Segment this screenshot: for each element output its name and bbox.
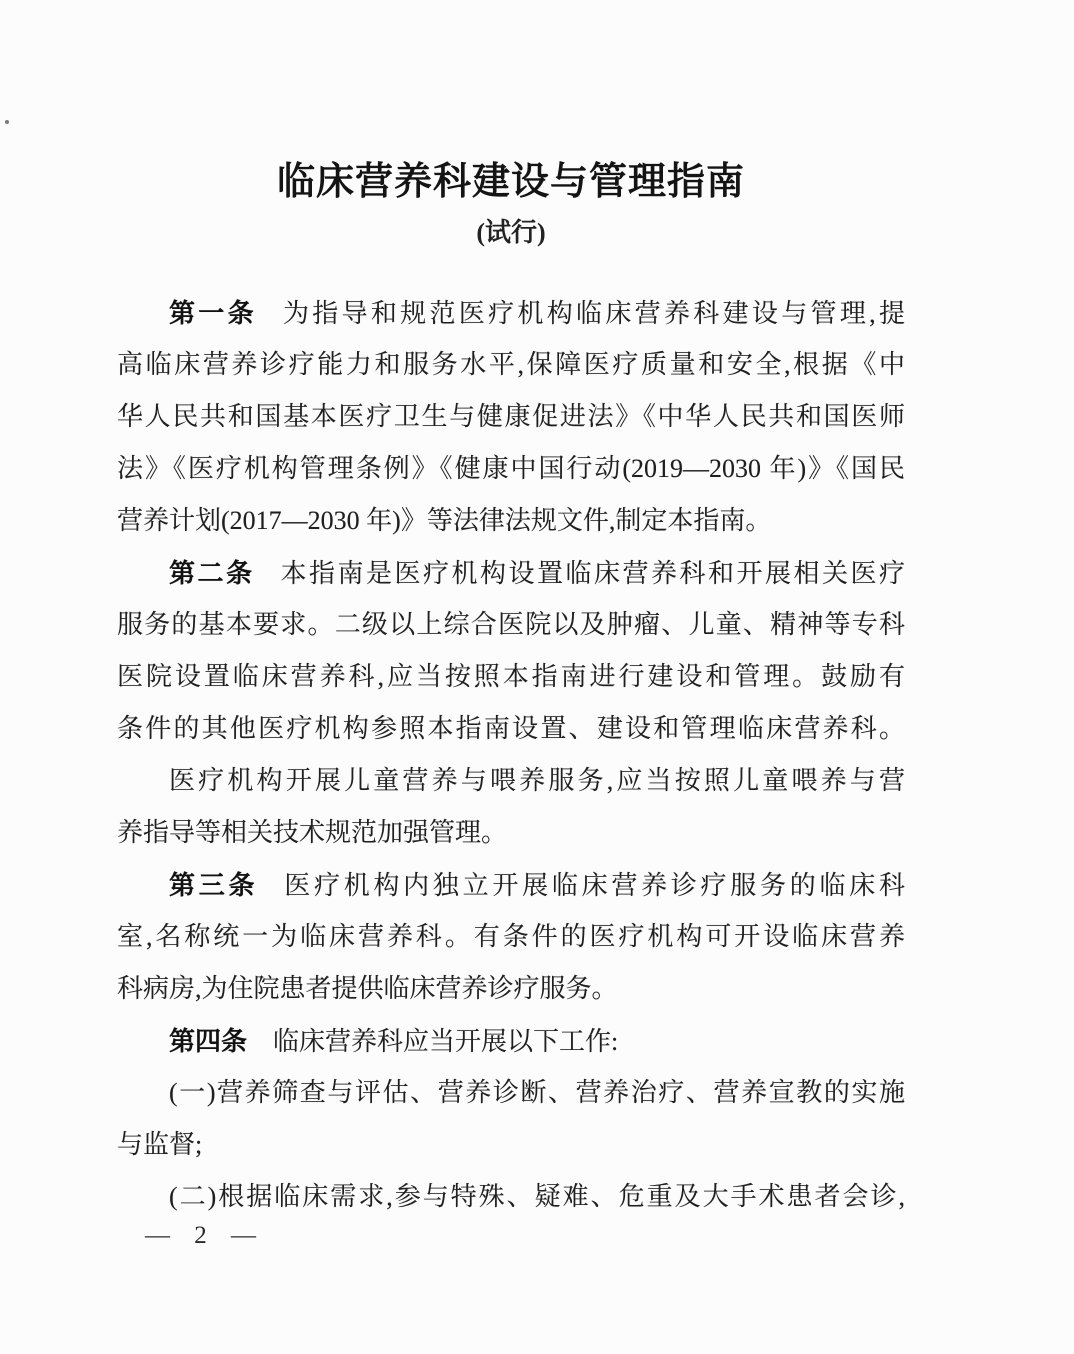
body-line: 条件的其他医疗机构参照本指南设置、建设和管理临床营养科。 [117,703,905,755]
document-title: 临床营养科建设与管理指南 [117,150,905,205]
document-subtitle: (试行) [117,212,905,249]
scan-artifact-dot [5,120,9,124]
document-body: 第一条为指导和规范医疗机构临床营养科建设与管理,提 高临床营养诊疗能力和服务水平… [117,287,905,1223]
body-line: 法》《医疗机构管理条例》《健康中国行动(2019—2030 年)》《国民 [117,443,905,495]
line-text: 营养计划(2017—2030 年)》等法律法规文件,制定本指南。 [117,506,771,535]
line-text: 为指导和规范医疗机构临床营养科建设与管理,提 [283,299,905,328]
article-label: 第三条 [169,870,258,900]
line-text: 医疗机构开展儿童营养与喂养服务,应当按照儿童喂养与营 [169,766,905,795]
body-line: (一)营养筛查与评估、营养诊断、营养治疗、营养宣教的实施 [117,1067,905,1119]
body-line: 医院设置临床营养科,应当按照本指南进行建设和管理。鼓励有 [117,651,905,703]
body-line: 服务的基本要求。二级以上综合医院以及肿瘤、儿童、精神等专科 [117,599,905,651]
line-text: 医院设置临床营养科,应当按照本指南进行建设和管理。鼓励有 [117,662,905,691]
body-line: 第四条临床营养科应当开展以下工作: [117,1015,905,1067]
line-text: 高临床营养诊疗能力和服务水平,保障医疗质量和安全,根据《中 [117,350,905,379]
body-line: 养指导等相关技术规范加强管理。 [117,807,905,859]
body-line: 高临床营养诊疗能力和服务水平,保障医疗质量和安全,根据《中 [117,339,905,391]
body-line: 科病房,为住院患者提供临床营养诊疗服务。 [117,963,905,1015]
body-line: 第一条为指导和规范医疗机构临床营养科建设与管理,提 [117,287,905,339]
article-label: 第四条 [169,1026,247,1056]
body-line: 室,名称统一为临床营养科。有条件的医疗机构可开设临床营养 [117,911,905,963]
article-label: 第二条 [169,558,255,588]
body-line: 第二条本指南是医疗机构设置临床营养科和开展相关医疗 [117,547,905,599]
line-text: 华人民共和国基本医疗卫生与健康促进法》《中华人民共和国医师 [117,402,905,431]
body-line: 营养计划(2017—2030 年)》等法律法规文件,制定本指南。 [117,495,905,547]
line-text: 与监督; [117,1130,202,1159]
line-text: 本指南是医疗机构设置临床营养科和开展相关医疗 [281,559,905,588]
document-page: 临床营养科建设与管理指南 (试行) 第一条为指导和规范医疗机构临床营养科建设与管… [0,0,1074,1354]
line-text: (一)营养筛查与评估、营养诊断、营养治疗、营养宣教的实施 [169,1078,905,1107]
body-line: 医疗机构开展儿童营养与喂养服务,应当按照儿童喂养与营 [117,755,905,807]
line-text: 养指导等相关技术规范加强管理。 [117,818,507,847]
line-text: 条件的其他医疗机构参照本指南设置、建设和管理临床营养科。 [117,714,905,743]
line-text: 临床营养科应当开展以下工作: [273,1027,618,1056]
line-text: 法》《医疗机构管理条例》《健康中国行动(2019—2030 年)》《国民 [117,454,905,483]
line-text: 科病房,为住院患者提供临床营养诊疗服务。 [117,974,618,1003]
line-text: 医疗机构内独立开展临床营养诊疗服务的临床科 [284,871,905,900]
line-text: (二)根据临床需求,参与特殊、疑难、危重及大手术患者会诊, [169,1182,905,1211]
line-text: 室,名称统一为临床营养科。有条件的医疗机构可开设临床营养 [117,922,905,951]
article-label: 第一条 [169,298,257,328]
line-text: 服务的基本要求。二级以上综合医院以及肿瘤、儿童、精神等专科 [117,610,905,639]
body-line: 与监督; [117,1119,905,1171]
body-line: 第三条医疗机构内独立开展临床营养诊疗服务的临床科 [117,859,905,911]
page-number: — 2 — [145,1222,259,1250]
body-line: 华人民共和国基本医疗卫生与健康促进法》《中华人民共和国医师 [117,391,905,443]
body-line: (二)根据临床需求,参与特殊、疑难、危重及大手术患者会诊, [117,1171,905,1223]
